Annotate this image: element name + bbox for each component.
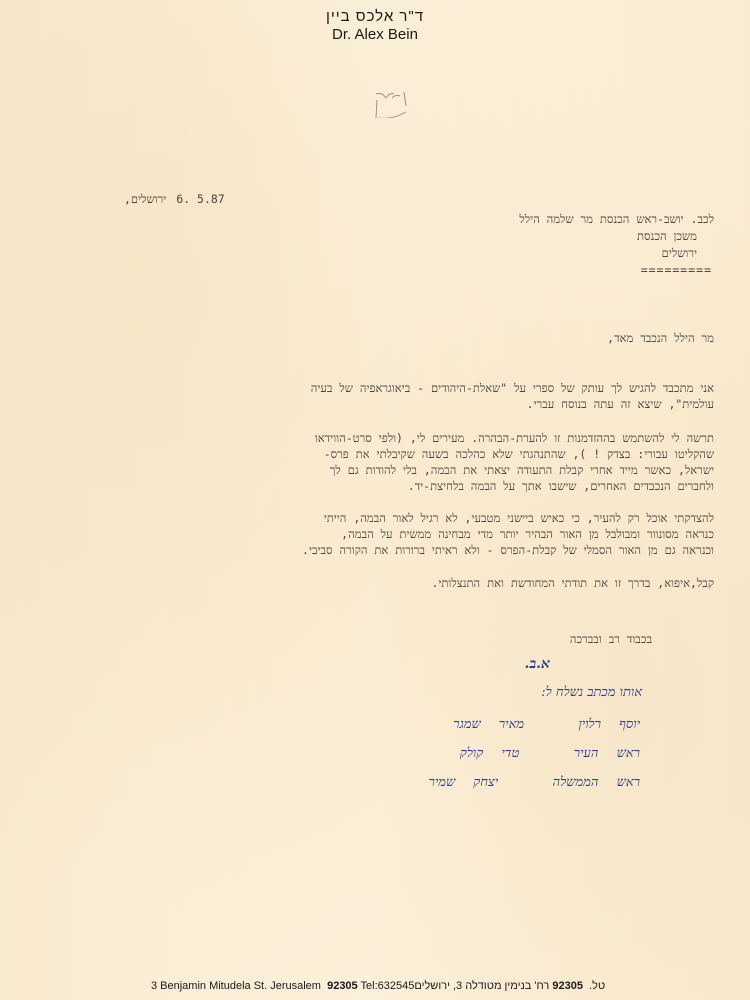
date-place: ירושלים, [124, 192, 166, 206]
footer-postal-code-he: 92305 [552, 980, 583, 992]
body-line: עולמית", שיצא זה עתה בנוסח עברי. [527, 397, 714, 411]
footer-english-address: 3 Benjamin Mitudela St. Jerusalem [151, 980, 321, 992]
date-value: 6. 5.87 [176, 192, 224, 206]
footer-tel-label-he: טל. [589, 980, 605, 992]
footer-address: 3 Benjamin Mitudela St. Jerusalem 92305 … [0, 968, 750, 992]
handwritten-initials-mark [372, 88, 422, 118]
footer-hebrew-address: רח' בנימין מטודלה 3, ירושלים [414, 980, 549, 992]
footer-tel-label: Tel: [361, 980, 378, 992]
body-line: ולחברים הנכבדים האחרים, שישבו אתך על הבמ… [408, 479, 714, 493]
letterhead-name-hebrew: ד"ר אלכס ביין [0, 8, 750, 26]
body-line: שהקליטו עבורי: בצדק ! ), שהתנהגתי שלא כה… [324, 447, 714, 461]
recipient-line: משכן הכנסת [637, 229, 697, 243]
handwritten-note-line: ראש העיר טדי קולק [460, 745, 640, 761]
letterhead-name-english: Dr. Alex Bein [0, 26, 750, 44]
body-line: להצדקתי אוכל רק להעיר, כי כאיש ביישני מט… [324, 511, 714, 525]
body-line: תרשה לי להשתמש בההזדמנות זו להערת-הבהרה.… [315, 431, 714, 445]
date-line: 6. 5.87ירושלים, [124, 178, 249, 206]
recipient-underline: ========= [641, 263, 712, 277]
handwritten-note-line: אותו מכתב נשלח ל: [541, 684, 642, 700]
handwritten-note-line: יוסף רלוין מאיר שמגר [453, 716, 640, 732]
body-line: כנראה מסונוור ומבולבל מן האור הבהיר יותר… [341, 527, 714, 541]
handwritten-note-line: ראש הממשלה יצחק שמיר [428, 774, 640, 790]
footer-postal-code-en: 92305 [327, 980, 358, 992]
salutation: מר הילל הנכבד מאד, [607, 331, 714, 345]
letterhead: ד"ר אלכס ביין Dr. Alex Bein [0, 8, 750, 44]
body-line: ישראל, כאשר מייד אחרי קבלת התעודה יצאתי … [330, 463, 714, 477]
handwritten-signature: א.ב. [525, 656, 550, 673]
recipient-line: ירושלים [662, 246, 697, 260]
recipient-line: לכב. יושב-ראש הכנסת מר שלמה הילל [519, 212, 714, 226]
body-paragraph-4: קבל,איפוא, בדרך זו את תודתי המחודשת ואת … [431, 576, 714, 590]
body-line: וכנראה גם מן האור הסמלי של קבלת-הפרס - ו… [302, 543, 714, 557]
footer-phone: 632545 [378, 980, 415, 992]
closing: בכבוד רב ובברכה [570, 632, 652, 646]
body-line: אני מתכבד להגיש לך עותק של ספרי על "שאלת… [311, 381, 714, 395]
